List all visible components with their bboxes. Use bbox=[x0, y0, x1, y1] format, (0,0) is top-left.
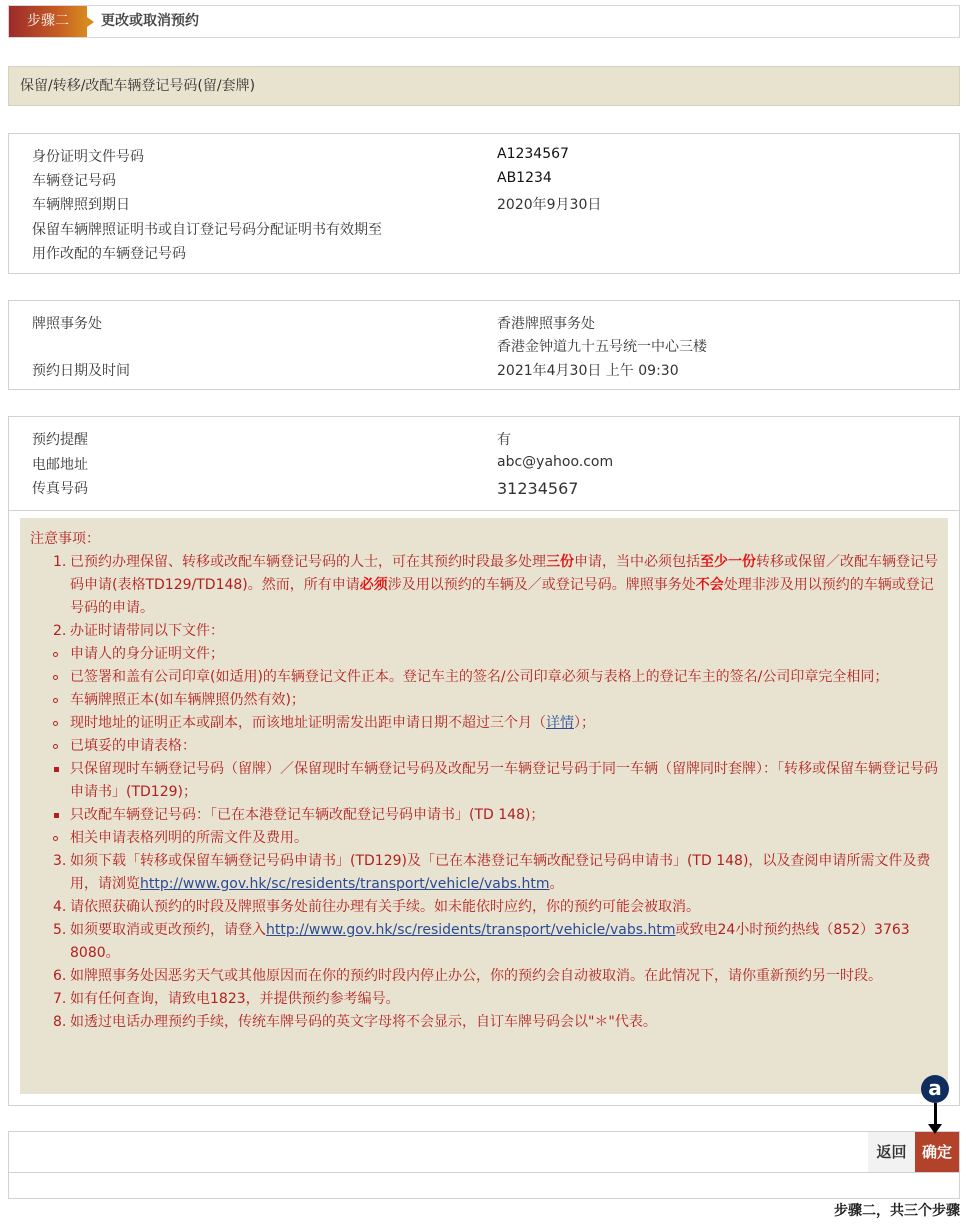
office-label: 牌照事务处 bbox=[32, 313, 102, 333]
doc-item-fees: 相关申请表格列明的所需文件及费用。 bbox=[30, 827, 938, 850]
note-6: 6.如牌照事务处因恶劣天气或其他原因而在你的预约时段内停止办公，你的预约会自动被… bbox=[30, 965, 938, 988]
step-progress: 步骤二，共三个步骤 bbox=[834, 1200, 960, 1220]
doc-item: 申请人的身分证明文件； bbox=[30, 643, 938, 666]
page-title: 更改或取消预约 bbox=[101, 6, 199, 37]
email-value: abc@yahoo.com bbox=[497, 454, 613, 470]
note-2: 2.办证时请带同以下文件： bbox=[30, 620, 938, 643]
step-badge: 步骤二 bbox=[9, 6, 87, 37]
applicant-info-panel: 身份证明文件号码 A1234567 车辆登记号码 AB1234 车辆牌照到期日 … bbox=[8, 133, 960, 274]
bottom-strip bbox=[8, 1172, 960, 1199]
note-5: 5.如须要取消或更改预约，请登入http://www.gov.hk/sc/res… bbox=[30, 919, 938, 965]
vehicle-reg-label: 车辆登记号码 bbox=[32, 170, 116, 190]
id-number-label: 身份证明文件号码 bbox=[32, 146, 144, 166]
notes-title: 注意事项： bbox=[30, 528, 938, 551]
form-item: 只保留现时车辆登记号码（留牌）／保留现时车辆登记号码及改配另一车辆登记号码于同一… bbox=[30, 758, 938, 804]
vabs-link[interactable]: http://www.gov.hk/sc/residents/transport… bbox=[266, 922, 676, 938]
office-address: 香港金钟道九十五号统一中心三楼 bbox=[497, 336, 707, 356]
note-4: 4.请依照获确认预约的时段及牌照事务处前往办理有关手续。如未能依时应约，你的预约… bbox=[30, 896, 938, 919]
form-item: 只改配车辆登记号码：「已在本港登记车辆改配登记号码申请书」(TD 148)； bbox=[30, 804, 938, 827]
doc-item: 车辆牌照正本(如车辆牌照仍然有效)； bbox=[30, 689, 938, 712]
note-3: 3.如须下载「转移或保留车辆登记号码申请书」(TD129)及「已在本港登记车辆改… bbox=[30, 850, 938, 896]
datetime-label: 预约日期及时间 bbox=[32, 360, 130, 380]
doc-item-address: 现时地址的证明正本或副本，而该地址证明需发出距申请日期不超过三个月（详情）； bbox=[30, 712, 938, 735]
arrow-down-icon bbox=[928, 1124, 942, 1134]
button-bar: 返回 确定 bbox=[8, 1131, 960, 1173]
step-header: 步骤二 更改或取消预约 bbox=[8, 5, 960, 38]
vehicle-reg-value: AB1234 bbox=[497, 170, 552, 186]
fax-label: 传真号码 bbox=[32, 478, 88, 498]
appointment-panel: 牌照事务处 香港牌照事务处 香港金钟道九十五号统一中心三楼 预约日期及时间 20… bbox=[8, 300, 960, 390]
note-8: 8.如透过电话办理预约手续，传统车牌号码的英文字母将不会显示，自订车牌号码会以"… bbox=[30, 1011, 938, 1034]
notes-box: 注意事项： 1.已预约办理保留、转移或改配车辆登记号码的人士，可在其预约时段最多… bbox=[20, 518, 948, 1094]
section-title: 保留/转移/改配车辆登记号码(留/套牌) bbox=[8, 66, 960, 106]
reminder-value: 有 bbox=[497, 429, 511, 449]
office-name: 香港牌照事务处 bbox=[497, 313, 595, 333]
fax-value: 31234567 bbox=[497, 479, 578, 498]
vabs-link[interactable]: http://www.gov.hk/sc/residents/transport… bbox=[140, 876, 550, 892]
email-label: 电邮地址 bbox=[32, 454, 88, 474]
datetime-value: 2021年4月30日 上午 09:30 bbox=[497, 360, 679, 380]
note-1: 1.已预约办理保留、转移或改配车辆登记号码的人士，可在其预约时段最多处理三份申请… bbox=[30, 551, 938, 620]
reassign-reg-label: 用作改配的车辆登记号码 bbox=[32, 243, 186, 263]
certificate-validity-label: 保留车辆牌照证明书或自订登记号码分配证明书有效期至 bbox=[32, 219, 382, 239]
annotation-marker: a bbox=[921, 1075, 949, 1103]
confirm-button[interactable]: 确定 bbox=[915, 1132, 959, 1172]
details-link[interactable]: 详情 bbox=[546, 715, 574, 731]
reminder-label: 预约提醒 bbox=[32, 429, 88, 449]
id-number-value: A1234567 bbox=[497, 146, 569, 162]
note-7: 7.如有任何查询，请致电1823，并提供预约参考编号。 bbox=[30, 988, 938, 1011]
back-button[interactable]: 返回 bbox=[868, 1132, 915, 1172]
license-expiry-label: 车辆牌照到期日 bbox=[32, 194, 130, 214]
doc-item: 已签署和盖有公司印章(如适用)的车辆登记文件正本。登记车主的签名/公司印章必须与… bbox=[30, 666, 938, 689]
doc-item-forms: 已填妥的申请表格： bbox=[30, 735, 938, 758]
license-expiry-value: 2020年9月30日 bbox=[497, 194, 601, 214]
